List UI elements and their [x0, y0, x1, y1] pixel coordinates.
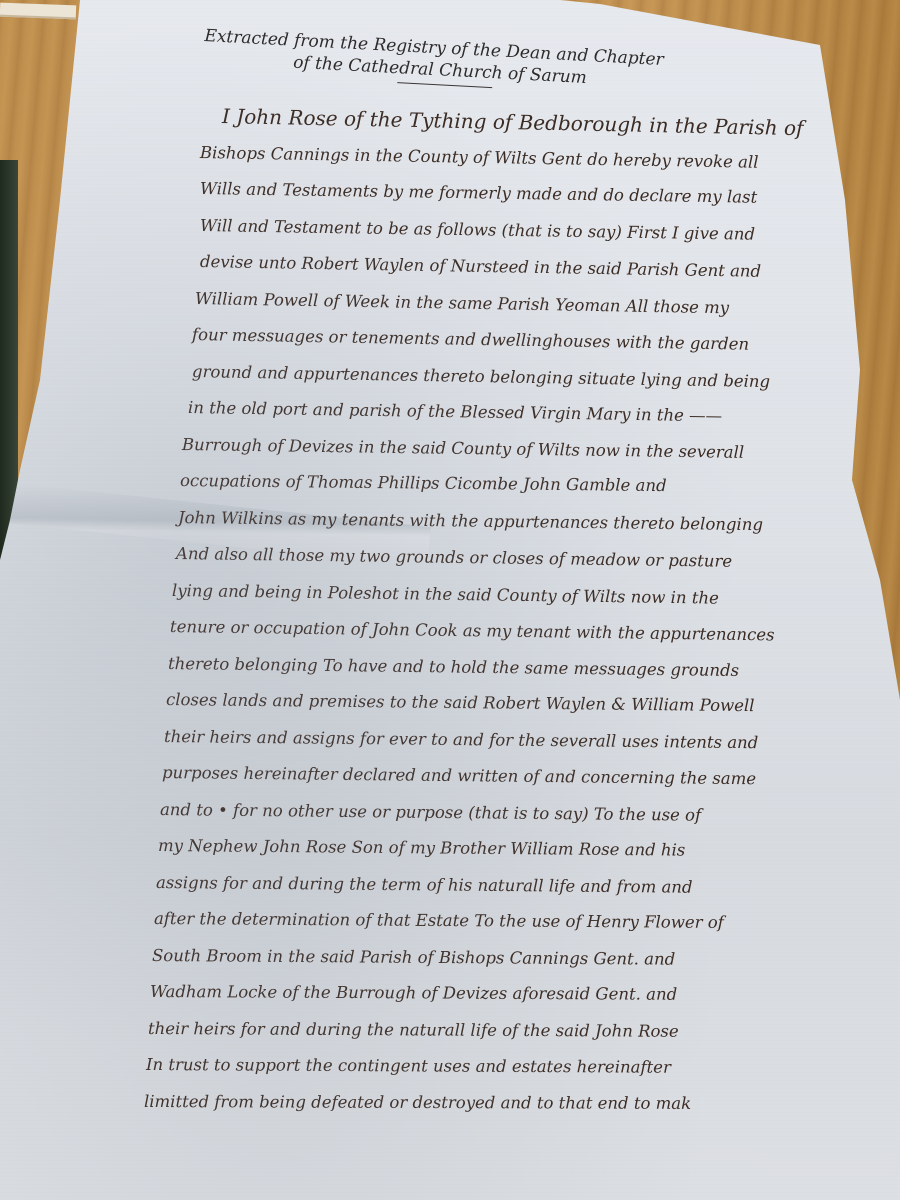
- header-line-2: of the Cathedral Church of Sarum: [293, 53, 823, 101]
- text-line: their heirs and assigns for ever to and …: [164, 719, 860, 763]
- text-line: lying and being in Poleshot in the said …: [172, 573, 860, 619]
- text-line: Burrough of Devizes in the said County o…: [182, 427, 860, 473]
- text-line: John Wilkins as my tenants with the appu…: [178, 500, 860, 545]
- text-line: Bishops Cannings in the County of Wilts …: [200, 135, 861, 183]
- document-header: Extracted from the Registry of the Dean …: [203, 26, 825, 105]
- text-line: tenure or occupation of John Cook as my …: [170, 609, 860, 655]
- ribbon-tie: [0, 3, 76, 20]
- paper-fold-crease: [9, 483, 431, 567]
- text-line: my Nephew John Rose Son of my Brother Wi…: [158, 828, 860, 871]
- text-line: assigns for and during the term of his n…: [156, 865, 860, 908]
- text-line: In trust to support the contingent uses …: [146, 1047, 860, 1087]
- text-line: Wadham Locke of the Burrough of Devizes …: [150, 974, 860, 1014]
- text-line: William Powell of Week in the same Paris…: [195, 281, 861, 329]
- text-line: South Broom in the said Parish of Bishop…: [152, 938, 860, 979]
- text-line: devise unto Robert Waylen of Nursteed in…: [200, 244, 861, 292]
- text-line: ground and appurtenances thereto belongi…: [192, 354, 861, 402]
- manuscript-page: Extracted from the Registry of the Dean …: [0, 0, 900, 1200]
- text-line: four messuages or tenements and dwelling…: [192, 317, 861, 365]
- text-line: purposes hereinafter declared and writte…: [162, 755, 860, 799]
- text-line: And also all those my two grounds or clo…: [176, 536, 860, 582]
- text-line: in the old port and parish of the Blesse…: [188, 390, 860, 437]
- text-line: Will and Testament to be as follows (tha…: [200, 208, 860, 255]
- text-line: Wills and Testaments by me formerly made…: [200, 171, 860, 218]
- text-line: and to • for no other use or purpose (th…: [160, 792, 860, 836]
- text-line: limitted from being defeated or destroye…: [144, 1084, 860, 1123]
- header-underline: [397, 82, 492, 88]
- text-line: closes lands and premises to the said Ro…: [166, 682, 860, 726]
- header-line-1: Extracted from the Registry of the Dean …: [204, 26, 824, 78]
- text-line: I John Rose of the Tything of Bedborough…: [222, 98, 861, 148]
- text-line: occupations of Thomas Phillips Cicombe J…: [180, 463, 860, 507]
- text-line: thereto belonging To have and to hold th…: [168, 646, 860, 691]
- will-text-body: I John Rose of the Tything of Bedborough…: [200, 98, 860, 1120]
- text-line: their heirs for and during the naturall …: [148, 1011, 860, 1051]
- text-line: after the determination of that Estate T…: [154, 901, 860, 942]
